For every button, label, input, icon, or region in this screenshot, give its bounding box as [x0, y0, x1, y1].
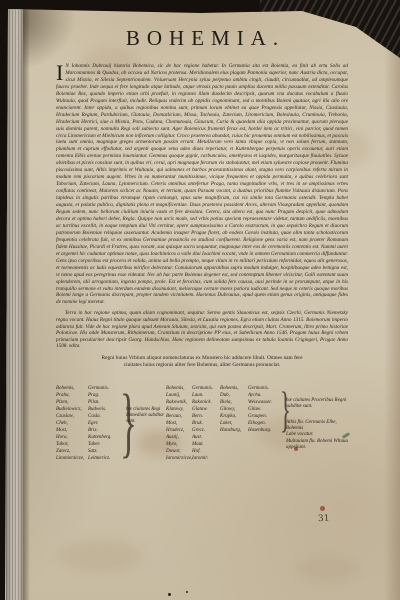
- column-header-bohemian: Bohemis,: [220, 385, 248, 392]
- red-ink-dot: [320, 506, 325, 511]
- table-row: Litomierzicze,Leitmericz.: [56, 455, 120, 462]
- table-cell: Loket,: [220, 420, 248, 427]
- column-header-german: Germanis.: [88, 385, 109, 392]
- table-header-row: Bohemis, Germanis.: [166, 385, 220, 392]
- table-cell: Most,: [56, 427, 88, 434]
- table-cell: Hof.: [192, 448, 201, 455]
- table-row: Dwuor,Hof.: [166, 448, 220, 455]
- table-row: Loket,Elbogen.: [220, 420, 280, 427]
- table-cell: Praha,: [56, 392, 88, 399]
- table-cell: Aycha.: [248, 392, 261, 399]
- column-header-bohemian: Bohemis,: [56, 385, 88, 392]
- table-cell: Glataw.: [192, 406, 208, 413]
- table-row: Gilowy,Gilaw.: [220, 406, 280, 413]
- table-cell: Hanzburg,: [220, 427, 248, 434]
- table-row: Klatowy,Glataw.: [166, 406, 220, 413]
- table-row: Hradecz,Grecz.: [166, 427, 220, 434]
- table-header-row: Bohemis, Germanis.: [56, 385, 120, 392]
- table-cell: Brix.: [88, 427, 98, 434]
- table-row: Austij,Aust.: [166, 434, 220, 441]
- table-cell: Bruk.: [192, 420, 203, 427]
- table-cell: Cheb,: [56, 420, 88, 427]
- table-row: Plzen,Pilsn.: [56, 399, 120, 406]
- table-heading: Regni huius Vrbium aliquot nomenclaturas…: [56, 355, 348, 369]
- river-note-line: Albis flu. Germanis Elbe, Bohemis: [286, 420, 348, 432]
- table-cell: Leitmericz.: [88, 455, 110, 462]
- brace-icon: }: [120, 385, 123, 462]
- table-row: Launij,Laun.: [166, 392, 220, 399]
- column-header-german: Germanis.: [192, 385, 213, 392]
- table-cell: Plzen,: [56, 399, 88, 406]
- table-cell: Dwuor,: [166, 448, 192, 455]
- photo-background: BOHEMIA. IN Iohannis Dubrauij historia B…: [0, 0, 400, 600]
- table-cell: Klatowy,: [166, 406, 192, 413]
- table-cell: Austij,: [166, 434, 192, 441]
- second-paragraph: Terra in hac regione optima, quam aliam …: [56, 310, 348, 350]
- page-number: 31: [318, 514, 330, 525]
- table-cell: Bern.: [192, 413, 203, 420]
- table-header-row: Bohemis, Germanis.: [220, 385, 280, 392]
- printed-text-block: BOHEMIA. IN Iohannis Dubrauij historia B…: [56, 26, 348, 462]
- table-row: Rakownik,Rakonick.: [166, 399, 220, 406]
- table-cell: Iaromirzicze,: [166, 455, 192, 462]
- table-row: Krupka,Graupen.: [220, 413, 280, 420]
- table-cell: Litomierzicze,: [56, 455, 88, 462]
- table-heading-line1: Regni huius Vrbium aliquot nomenclaturas…: [56, 355, 348, 362]
- table-row: Hanzburg,Hasenburg.: [220, 427, 280, 434]
- table-cell: Gilowy,: [220, 406, 248, 413]
- main-paragraph: IN Iohannis Dubrauij historia Bohemica, …: [56, 63, 348, 306]
- table-cell: Aust.: [192, 434, 202, 441]
- book-page: BOHEMIA. IN Iohannis Dubrauij historia B…: [0, 0, 400, 600]
- table-cell: Iaromir.: [192, 455, 208, 462]
- table-cell: Rakownik,: [166, 399, 192, 406]
- table-cell: Myto,: [166, 441, 192, 448]
- ink-speck: [168, 593, 171, 596]
- table-row: Beraun,Bern.: [166, 413, 220, 420]
- table-group-1: Bohemis, Germanis. Praha,Prag.Plzen,Pils…: [56, 385, 120, 462]
- table-cell: Weiswasser.: [248, 399, 272, 406]
- table-row: Tabor,Taber.: [56, 441, 120, 448]
- table-row: Cheb,Eger.: [56, 420, 120, 427]
- page-title: BOHEMIA.: [56, 26, 348, 50]
- table-cell: Beraun,: [166, 413, 192, 420]
- table-row: Hora,Kuttenberg.: [56, 434, 120, 441]
- table-cell: Tabor,: [56, 441, 88, 448]
- table-group-3: Bohemis, Germanis. Dub,Aycha.Biela,Weisw…: [220, 385, 280, 462]
- table-cell: Graupen.: [248, 413, 267, 420]
- right-edge-shade: [384, 40, 400, 600]
- table-cell: Most,: [166, 420, 192, 427]
- table-cell: Maut.: [192, 441, 204, 448]
- table-cell: Gilaw.: [248, 406, 261, 413]
- table-cell: Rakonick.: [192, 399, 212, 406]
- river-note-line: Multauiam flu. Bohemi Wltaua appellant.: [286, 439, 348, 451]
- table-cell: Zatecz,: [56, 448, 88, 455]
- table-heading-line2: ciuitates huius regionis aliter fere Boh…: [56, 362, 348, 369]
- drop-cap: I: [56, 63, 65, 82]
- table-row: Czaslaw,Casla.: [56, 413, 120, 420]
- river-notes: Albis flu. Germanis Elbe, Bohemis Labe v…: [286, 420, 348, 451]
- page-edge-stack: [6, 9, 23, 600]
- main-paragraph-text: N Iohannis Dubrauij historia Bohemica, s…: [56, 63, 348, 305]
- table-cell: Budieiowicz,: [56, 406, 88, 413]
- table-cell: Hasenburg.: [248, 427, 271, 434]
- table-row: Praha,Prag.: [56, 392, 120, 399]
- table-row: Dub,Aycha.: [220, 392, 280, 399]
- table-cell: Biela,: [220, 399, 248, 406]
- stain: [58, 540, 142, 572]
- gutter-shadow: [23, 9, 30, 600]
- table-cell: Grecz.: [192, 427, 205, 434]
- table-group-2: Bohemis, Germanis. Launij,Laun.Rakownik,…: [166, 385, 220, 462]
- brace-icon: }: [280, 385, 283, 462]
- table-cell: Dub,: [220, 392, 248, 399]
- table-row: Iaromirzicze,Iaromir.: [166, 455, 220, 462]
- table-cell: Laun.: [192, 392, 204, 399]
- column-header-bohemian: Bohemis,: [166, 385, 192, 392]
- table-cell: Launij,: [166, 392, 192, 399]
- table-cell: Elbogen.: [248, 420, 266, 427]
- table-row: Budieiowicz,Budweis.: [56, 406, 120, 413]
- table-cell: Budweis.: [88, 406, 106, 413]
- table-row: Myto,Maut.: [166, 441, 220, 448]
- table-row: Zatecz,Satz.: [56, 448, 120, 455]
- group3-label: hæ ciuitates Proceribus Regni subditæ su…: [286, 398, 348, 410]
- table-row: Most,Brix.: [56, 427, 120, 434]
- table-cell: Satz.: [88, 448, 98, 455]
- table-row: Most,Bruk.: [166, 420, 220, 427]
- column-header-german: Germanis.: [248, 385, 269, 392]
- ink-speck: [186, 591, 188, 593]
- place-name-table: Bohemis, Germanis. Praha,Prag.Plzen,Pils…: [56, 385, 348, 462]
- table-cell: Hradecz,: [166, 427, 192, 434]
- stain: [296, 556, 358, 582]
- table-cell: Taber.: [88, 441, 100, 448]
- table-cell: Hora,: [56, 434, 88, 441]
- table-cell: Krupka,: [220, 413, 248, 420]
- right-label-column: hæ ciuitates Proceribus Regni subditæ su…: [286, 385, 348, 462]
- table-cell: Prag.: [88, 392, 99, 399]
- table-cell: Kuttenberg.: [88, 434, 112, 441]
- table-cell: Eger.: [88, 420, 98, 427]
- table-cell: Czaslaw,: [56, 413, 88, 420]
- table-cell: Casla.: [88, 413, 101, 420]
- table-row: Biela,Weiswasser.: [220, 399, 280, 406]
- table-cell: Pilsn.: [88, 399, 100, 406]
